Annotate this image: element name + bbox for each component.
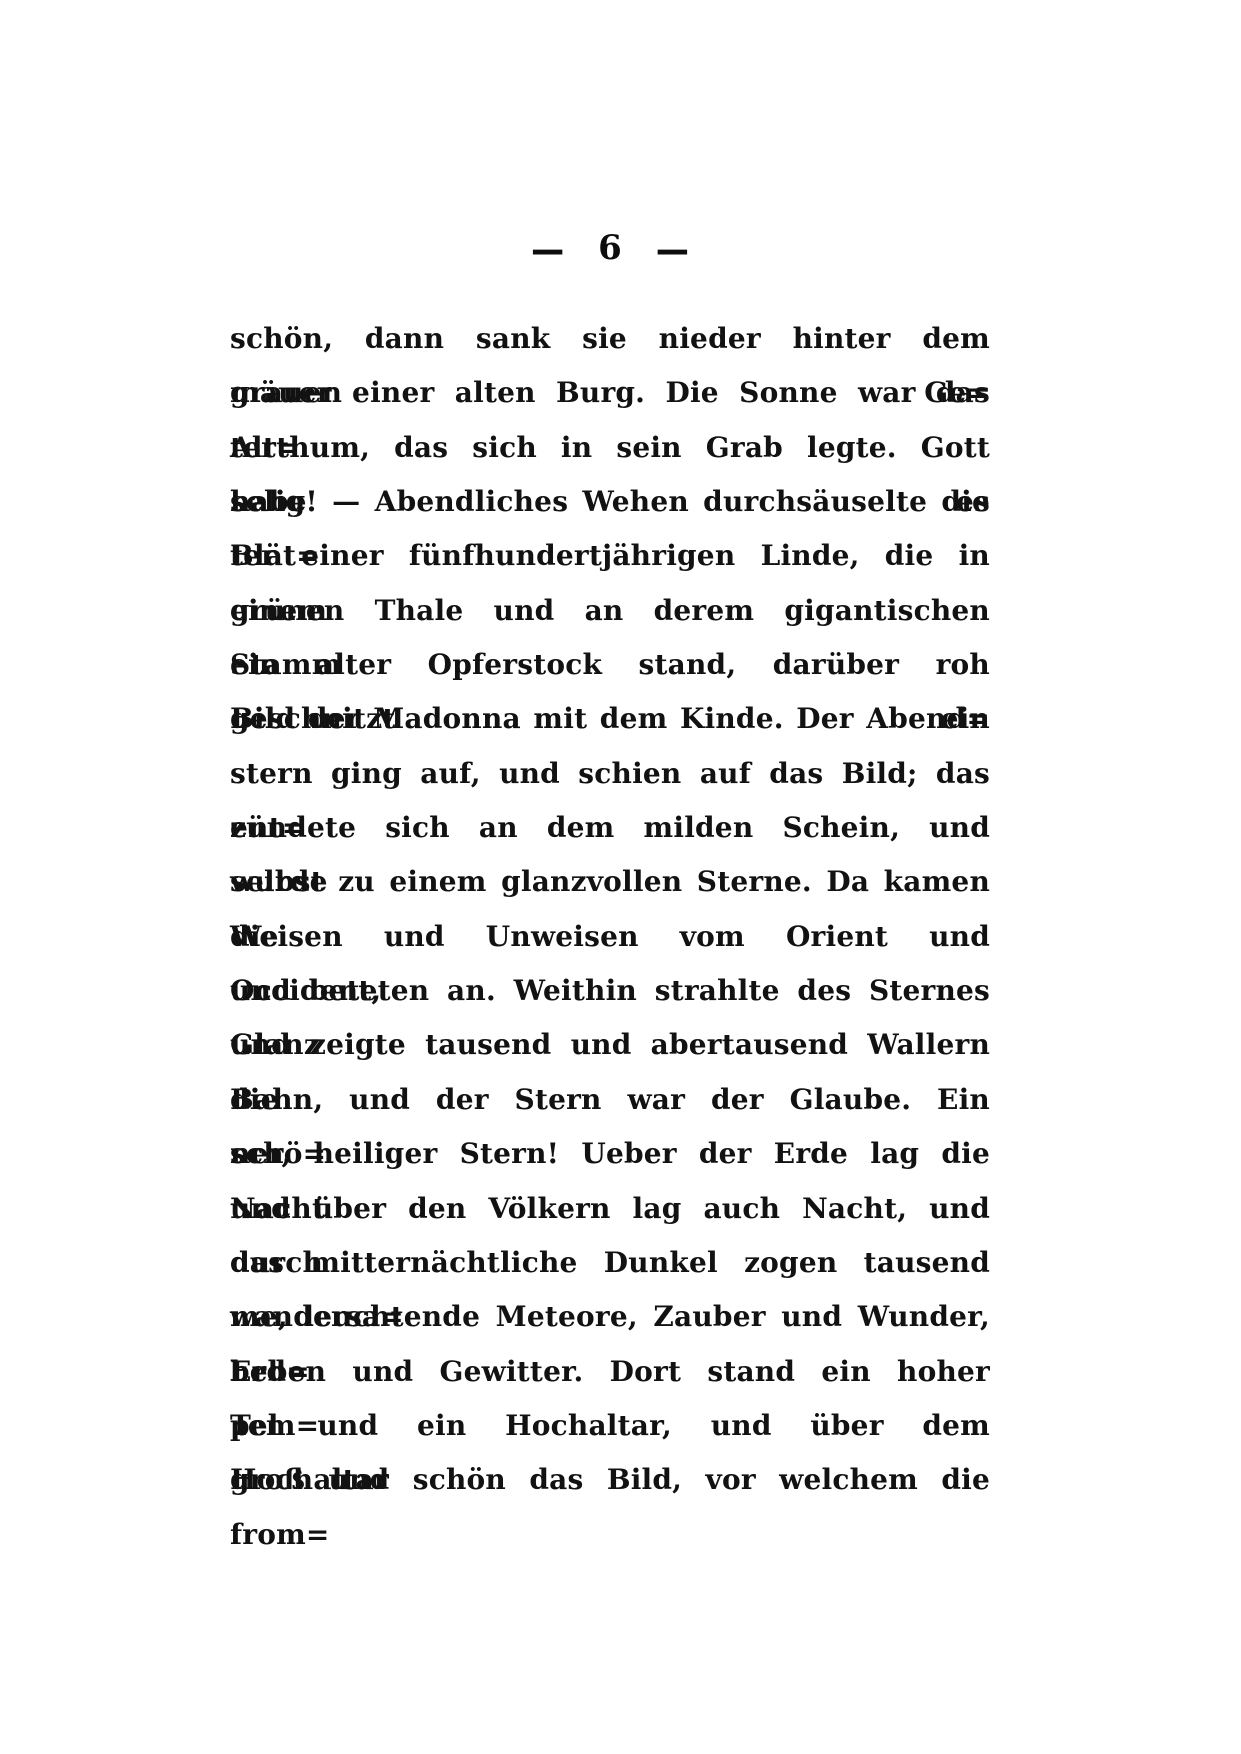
text-line: stern ging auf, und schien auf das Bild;… xyxy=(230,747,990,801)
text-line: ein alter Opferstock stand, darüber roh … xyxy=(230,638,990,692)
text-line: ter einer fünfhundertjährigen Linde, die… xyxy=(230,529,990,583)
text-line: das mitternächtliche Dunkel zogen tausen… xyxy=(230,1236,990,1290)
text-line: Bild der Madonna mit dem Kinde. Der Aben… xyxy=(230,692,990,746)
text-line: terthum, das sich in sein Grab legte. Go… xyxy=(230,421,990,475)
text-line: me, leuchtende Meteore, Zauber und Wunde… xyxy=(230,1290,990,1344)
page-number: 6 xyxy=(598,228,622,268)
book-page: — 6 — schön, dann sank sie nieder hinter… xyxy=(0,0,1241,1754)
text-line: schön, dann sank sie nieder hinter dem g… xyxy=(230,312,990,366)
text-line: und über den Völkern lag auch Nacht, und… xyxy=(230,1182,990,1236)
header-right-dash: — xyxy=(656,224,689,273)
header-left-dash: — xyxy=(531,224,564,273)
text-line: ner, heiliger Stern! Ueber der Erde lag … xyxy=(230,1127,990,1181)
page-header: — 6 — xyxy=(230,228,990,268)
text-line: selbst zu einem glanzvollen Sterne. Da k… xyxy=(230,855,990,909)
text-line: beben und Gewitter. Dort stand ein hoher… xyxy=(230,1345,990,1399)
text-line: groß und schön das Bild, vor welchem die… xyxy=(230,1453,990,1507)
text-line: und beteten an. Weithin strahlte des Ste… xyxy=(230,964,990,1018)
text-line: selig! — Abendliches Wehen durchsäuselte… xyxy=(230,475,990,529)
body-text: schön, dann sank sie nieder hinter dem g… xyxy=(230,312,990,1508)
text-line: zündete sich an dem milden Schein, und w… xyxy=(230,801,990,855)
text-line: grünen Thale und an derem gigantischen S… xyxy=(230,584,990,638)
text-line: Weisen und Unweisen vom Orient und Occid… xyxy=(230,910,990,964)
text-line: und zeigte tausend und abertausend Walle… xyxy=(230,1018,990,1072)
text-line: pel und ein Hochaltar, und über dem Hoch… xyxy=(230,1399,990,1453)
text-line: mäuer einer alten Burg. Die Sonne war da… xyxy=(230,366,990,420)
text-line: Bahn, und der Stern war der Glaube. Ein … xyxy=(230,1073,990,1127)
